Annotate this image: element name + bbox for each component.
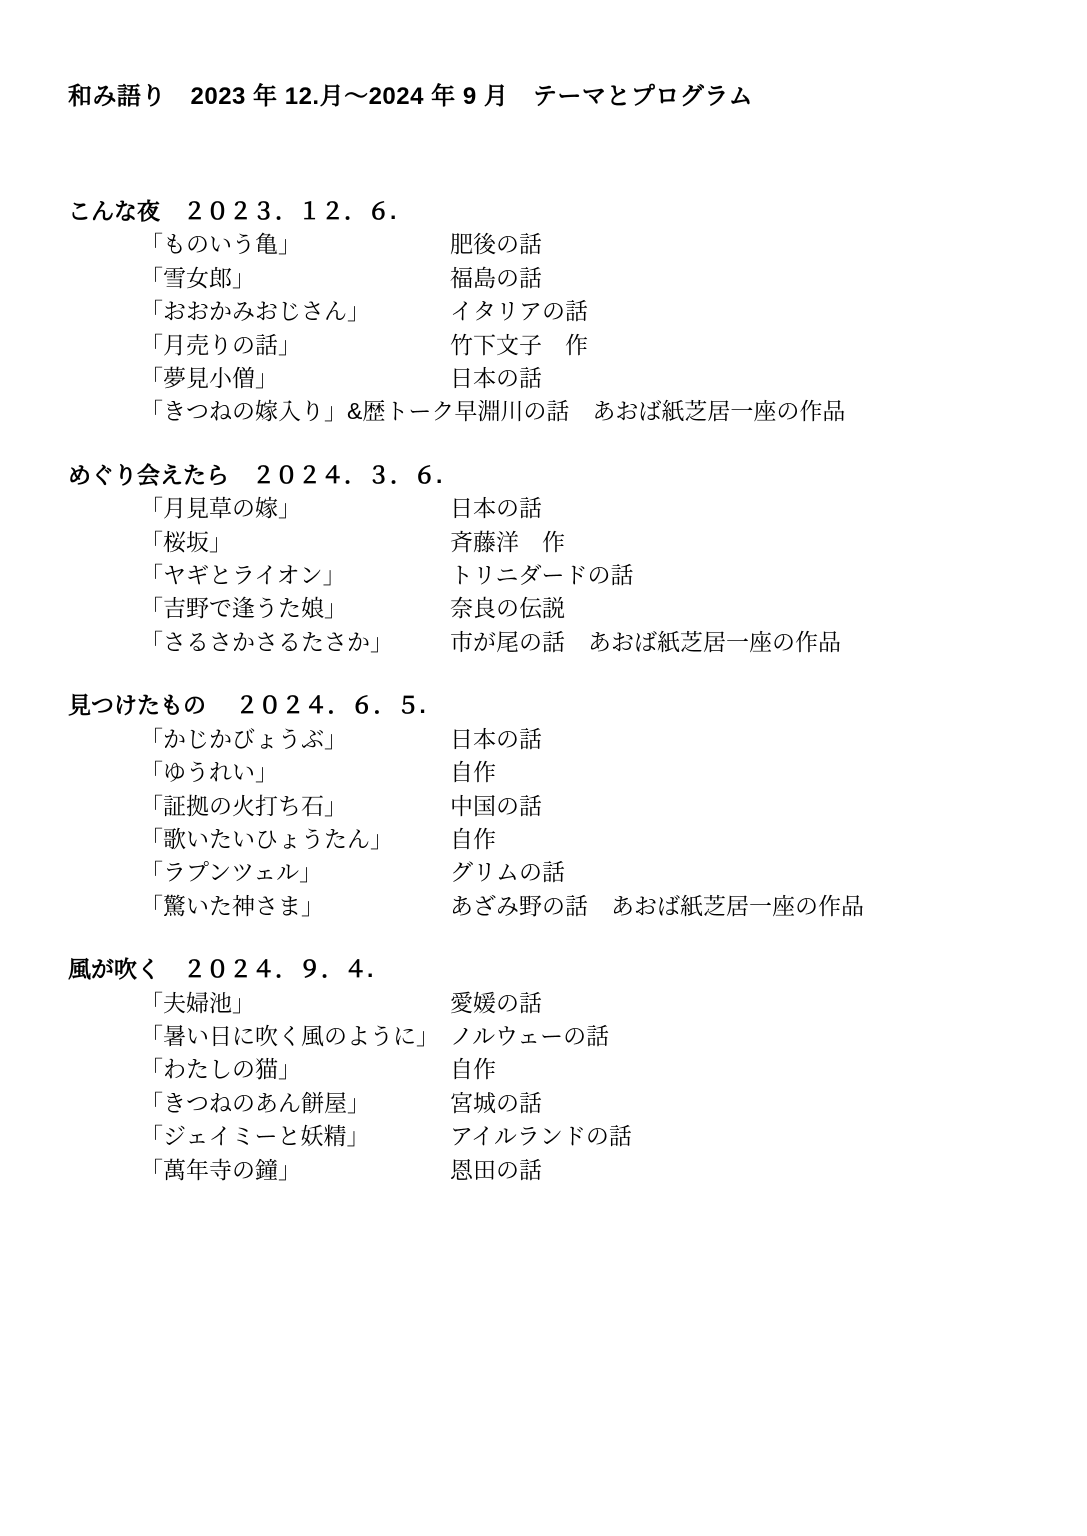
program-row: 「暑い日に吹く風のように」 ノルウェーの話 [140, 1020, 1047, 1053]
story-source: イタリアの話 [450, 295, 588, 328]
story-title: 「吉野で逢うた娘」 [140, 592, 450, 625]
program-row: 「さるさかさるたさか」 市が尾の話 あおば紙芝居一座の作品 [140, 626, 1047, 659]
story-source: ノルウェーの話 [450, 1020, 609, 1053]
story-source: 斉藤洋 作 [450, 526, 565, 559]
story-source: グリムの話 [450, 856, 565, 889]
story-source: 自作 [450, 823, 496, 856]
program-row: 「きつねの嫁入り」&歴トーク 早淵川の話 あおば紙芝居一座の作品 [140, 395, 1047, 428]
section-rows: 「夫婦池」 愛媛の話 「暑い日に吹く風のように」 ノルウェーの話 「わたしの猫」… [140, 987, 1047, 1187]
story-title: 「おおかみおじさん」 [140, 295, 450, 328]
program-row: 「ものいう亀」 肥後の話 [140, 228, 1047, 261]
story-source: 市が尾の話 あおば紙芝居一座の作品 [450, 626, 841, 659]
document-title: 和み語り 2023 年 12.月～2024 年 9 月 テーマとプログラム [68, 80, 1047, 114]
program-row: 「きつねのあん餅屋」 宮城の話 [140, 1087, 1047, 1120]
story-title: 「ラプンツェル」 [140, 856, 450, 889]
story-title: 「夫婦池」 [140, 987, 450, 1020]
program-row: 「歌いたいひょうたん」 自作 [140, 823, 1047, 856]
story-source: 日本の話 [450, 723, 542, 756]
program-row: 「ジェイミーと妖精」 アイルランドの話 [140, 1120, 1047, 1153]
story-title: 「さるさかさるたさか」 [140, 626, 450, 659]
story-title: 「月売りの話」 [140, 329, 450, 362]
story-source: 日本の話 [450, 362, 542, 395]
program-row: 「ゆうれい」 自作 [140, 756, 1047, 789]
program-row: 「月見草の嫁」 日本の話 [140, 492, 1047, 525]
story-source: 早淵川の話 あおば紙芝居一座の作品 [454, 395, 845, 428]
program-sections: こんな夜 ２０２３．１２．６. 「ものいう亀」 肥後の話 「雪女郎」 福島の話 … [68, 195, 1047, 1187]
section-heading: こんな夜 ２０２３．１２．６. [68, 195, 1047, 228]
story-source: 自作 [450, 1053, 496, 1086]
program-section: 見つけたもの ２０２４．６．５. 「かじかびょうぶ」 日本の話 「ゆうれい」 自… [68, 689, 1047, 923]
story-source: 愛媛の話 [450, 987, 542, 1020]
story-source: 福島の話 [450, 262, 542, 295]
story-source: 日本の話 [450, 492, 542, 525]
story-source: 恩田の話 [450, 1154, 542, 1187]
program-section: こんな夜 ２０２３．１２．６. 「ものいう亀」 肥後の話 「雪女郎」 福島の話 … [68, 195, 1047, 429]
story-title: 「桜坂」 [140, 526, 450, 559]
story-title: 「歌いたいひょうたん」 [140, 823, 450, 856]
program-row: 「証拠の火打ち石」 中国の話 [140, 790, 1047, 823]
story-title: 「ゆうれい」 [140, 756, 450, 789]
program-row: 「おおかみおじさん」 イタリアの話 [140, 295, 1047, 328]
story-title: 「ヤギとライオン」 [140, 559, 450, 592]
story-source: トリニダードの話 [450, 559, 634, 592]
story-title: 「きつねのあん餅屋」 [140, 1087, 450, 1120]
program-row: 「月売りの話」 竹下文子 作 [140, 329, 1047, 362]
story-source: 竹下文子 作 [450, 329, 588, 362]
story-title: 「月見草の嫁」 [140, 492, 450, 525]
program-row: 「ラプンツェル」 グリムの話 [140, 856, 1047, 889]
program-row: 「吉野で逢うた娘」 奈良の伝説 [140, 592, 1047, 625]
story-source: アイルランドの話 [450, 1120, 632, 1153]
story-title: 「ジェイミーと妖精」 [140, 1120, 450, 1153]
story-source: 宮城の話 [450, 1087, 542, 1120]
section-rows: 「月見草の嫁」 日本の話 「桜坂」 斉藤洋 作 「ヤギとライオン」 トリニダード… [140, 492, 1047, 659]
story-title: 「暑い日に吹く風のように」 [140, 1020, 450, 1053]
program-row: 「雪女郎」 福島の話 [140, 262, 1047, 295]
program-row: 「ヤギとライオン」 トリニダードの話 [140, 559, 1047, 592]
section-heading: めぐり会えたら ２０２４．３．６. [68, 459, 1047, 492]
section-rows: 「ものいう亀」 肥後の話 「雪女郎」 福島の話 「おおかみおじさん」 イタリアの… [140, 228, 1047, 428]
program-section: 風が吹く ２０２４．９．４. 「夫婦池」 愛媛の話 「暑い日に吹く風のように」 … [68, 953, 1047, 1187]
program-row: 「かじかびょうぶ」 日本の話 [140, 723, 1047, 756]
story-title: 「萬年寺の鐘」 [140, 1154, 450, 1187]
story-title: 「証拠の火打ち石」 [140, 790, 450, 823]
program-row: 「わたしの猫」 自作 [140, 1053, 1047, 1086]
program-row: 「夫婦池」 愛媛の話 [140, 987, 1047, 1020]
story-title: 「驚いた神さま」 [140, 890, 450, 923]
program-row: 「萬年寺の鐘」 恩田の話 [140, 1154, 1047, 1187]
story-source: あざみ野の話 あおば紙芝居一座の作品 [450, 890, 864, 923]
story-title: 「わたしの猫」 [140, 1053, 450, 1086]
story-title: 「夢見小僧」 [140, 362, 450, 395]
document-page: 和み語り 2023 年 12.月～2024 年 9 月 テーマとプログラム こん… [0, 0, 1087, 1536]
story-title: 「かじかびょうぶ」 [140, 723, 450, 756]
section-rows: 「かじかびょうぶ」 日本の話 「ゆうれい」 自作 「証拠の火打ち石」 中国の話 … [140, 723, 1047, 923]
program-row: 「驚いた神さま」 あざみ野の話 あおば紙芝居一座の作品 [140, 890, 1047, 923]
story-title: 「ものいう亀」 [140, 228, 450, 261]
story-source: 肥後の話 [450, 228, 542, 261]
story-source: 自作 [450, 756, 496, 789]
story-title: 「雪女郎」 [140, 262, 450, 295]
story-title: 「きつねの嫁入り」&歴トーク [140, 395, 454, 428]
program-row: 「桜坂」 斉藤洋 作 [140, 526, 1047, 559]
section-heading: 見つけたもの ２０２４．６．５. [68, 689, 1047, 722]
story-source: 奈良の伝説 [450, 592, 565, 625]
section-heading: 風が吹く ２０２４．９．４. [68, 953, 1047, 986]
program-section: めぐり会えたら ２０２４．３．６. 「月見草の嫁」 日本の話 「桜坂」 斉藤洋 … [68, 459, 1047, 659]
story-source: 中国の話 [450, 790, 542, 823]
program-row: 「夢見小僧」 日本の話 [140, 362, 1047, 395]
